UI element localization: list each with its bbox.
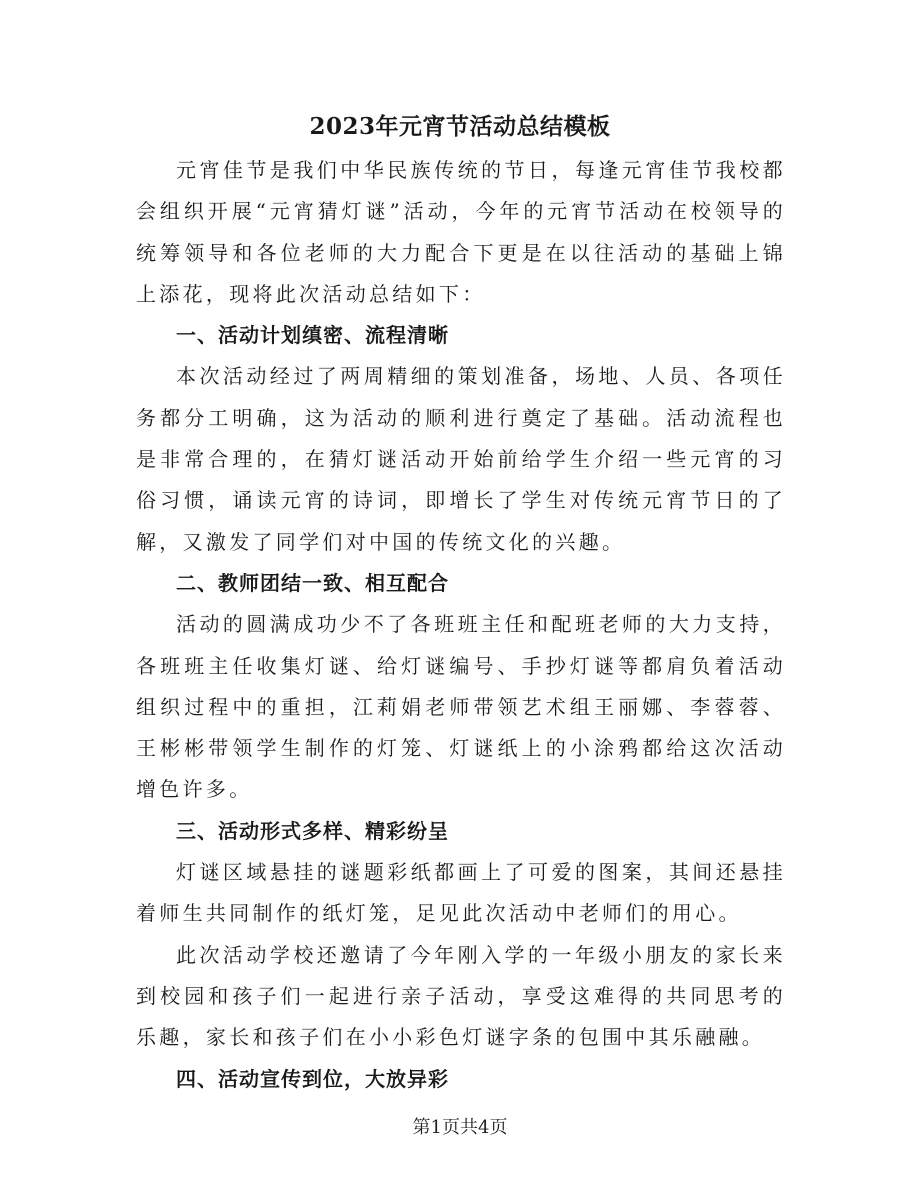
section-1-paragraph: 本次活动经过了两周精细的策划准备，场地、人员、各项任务都分工明确，这为活动的顺利… (136, 356, 786, 562)
section-heading-4: 四、活动宣传到位，大放异彩 (136, 1059, 786, 1100)
document-body: 元宵佳节是我们中华民族传统的节日，每逢元宵佳节我校都会组织开展“元宵猜灯谜”活动… (136, 150, 786, 1100)
page-number-footer: 第1页共4页 (0, 1113, 920, 1139)
document-title: 2023年元宵节活动总结模板 (0, 108, 920, 141)
intro-paragraph: 元宵佳节是我们中华民族传统的节日，每逢元宵佳节我校都会组织开展“元宵猜灯谜”活动… (136, 150, 786, 315)
section-2-paragraph: 活动的圆满成功少不了各班班主任和配班老师的大力支持，各班班主任收集灯谜、给灯谜编… (136, 604, 786, 810)
section-3-paragraph-1: 灯谜区域悬挂的谜题彩纸都画上了可爱的图案，其间还悬挂着师生共同制作的纸灯笼，足见… (136, 852, 786, 935)
section-heading-3: 三、活动形式多样、精彩纷呈 (136, 811, 786, 852)
section-heading-1: 一、活动计划缜密、流程清晰 (136, 315, 786, 356)
section-heading-2: 二、教师团结一致、相互配合 (136, 563, 786, 604)
section-3-paragraph-2: 此次活动学校还邀请了今年刚入学的一年级小朋友的家长来到校园和孩子们一起进行亲子活… (136, 935, 786, 1059)
document-page: 2023年元宵节活动总结模板 元宵佳节是我们中华民族传统的节日，每逢元宵佳节我校… (0, 0, 920, 1191)
